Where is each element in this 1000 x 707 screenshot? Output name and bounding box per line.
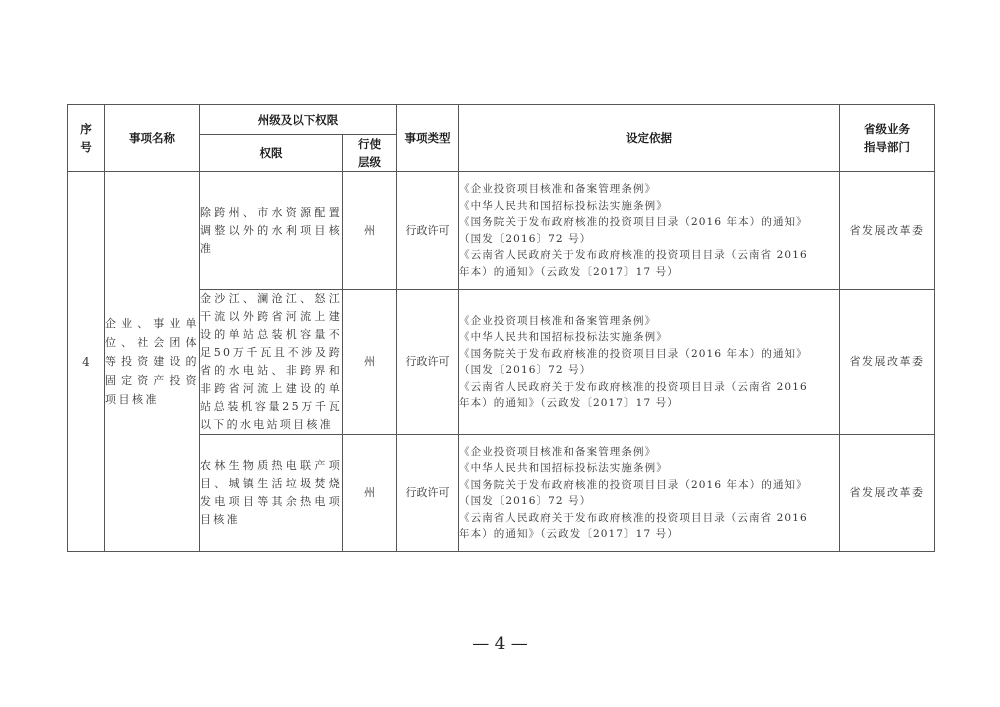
header-seq-line1: 序 xyxy=(68,120,104,138)
basis-line: （国发〔2016〕72 号） xyxy=(459,362,839,379)
basis-line: 《中华人民共和国招标投标法实施条例》 xyxy=(459,460,839,477)
header-basis: 设定依据 xyxy=(459,105,840,172)
basis-line: 《云南省人民政府关于发布政府核准的投资项目目录（云南省 2016 xyxy=(459,510,839,527)
authority-cell: 金沙江、澜沧江、怒江干流以外跨省河流上建设的单站总装机容量不足50万千瓦且不涉及… xyxy=(200,290,343,435)
header-item-type: 事项类型 xyxy=(397,105,459,172)
basis-line: （国发〔2016〕72 号） xyxy=(459,493,839,510)
document-page: 序 号 事项名称 州级及以下权限 事项类型 设定依据 省级业务 指导部门 权限 … xyxy=(0,0,1000,707)
authority-cell: 除跨州、市水资源配置调整以外的水利项目核准 xyxy=(200,172,343,290)
basis-line: 《国务院关于发布政府核准的投资项目目录（2016 年本）的通知》 xyxy=(459,346,839,363)
header-seq: 序 号 xyxy=(68,105,105,172)
basis-line: 《中华人民共和国招标投标法实施条例》 xyxy=(459,329,839,346)
item-name-cell: 企业、事业单位、社会团体等投资建设的固定资产投资项目核准 xyxy=(105,172,200,552)
dept-cell: 省发展改革委 xyxy=(840,435,935,552)
permissions-table: 序 号 事项名称 州级及以下权限 事项类型 设定依据 省级业务 指导部门 权限 … xyxy=(67,104,935,552)
level-cell: 州 xyxy=(343,290,397,435)
basis-line: 《企业投资项目核准和备案管理条例》 xyxy=(459,181,839,198)
basis-line: 《中华人民共和国招标投标法实施条例》 xyxy=(459,198,839,215)
header-group-title: 州级及以下权限 xyxy=(200,105,397,135)
basis-line: 《云南省人民政府关于发布政府核准的投资项目目录（云南省 2016 xyxy=(459,379,839,396)
header-dept-line2: 指导部门 xyxy=(840,138,934,156)
basis-cell: 《企业投资项目核准和备案管理条例》 《中华人民共和国招标投标法实施条例》 《国务… xyxy=(459,435,840,552)
seq-cell: 4 xyxy=(68,172,105,552)
header-level-line2: 层级 xyxy=(343,153,396,171)
basis-cell: 《企业投资项目核准和备案管理条例》 《中华人民共和国招标投标法实施条例》 《国务… xyxy=(459,290,840,435)
level-cell: 州 xyxy=(343,435,397,552)
dept-cell: 省发展改革委 xyxy=(840,172,935,290)
table-row: 4 企业、事业单位、社会团体等投资建设的固定资产投资项目核准 除跨州、市水资源配… xyxy=(68,172,935,290)
type-cell: 行政许可 xyxy=(397,435,459,552)
level-cell: 州 xyxy=(343,172,397,290)
basis-line: 《企业投资项目核准和备案管理条例》 xyxy=(459,444,839,461)
header-authority: 权限 xyxy=(200,135,343,172)
dept-cell: 省发展改革委 xyxy=(840,290,935,435)
basis-line: 《国务院关于发布政府核准的投资项目目录（2016 年本）的通知》 xyxy=(459,214,839,231)
basis-line: 年本）的通知》（云政发〔2017〕17 号） xyxy=(459,395,839,412)
header-dept: 省级业务 指导部门 xyxy=(840,105,935,172)
type-cell: 行政许可 xyxy=(397,290,459,435)
header-level-line1: 行使 xyxy=(343,135,396,153)
authority-cell: 农林生物质热电联产项目、城镇生活垃圾焚烧发电项目等其余热电项目核准 xyxy=(200,435,343,552)
header-exercise-level: 行使 层级 xyxy=(343,135,397,172)
basis-line: （国发〔2016〕72 号） xyxy=(459,231,839,248)
header-dept-line1: 省级业务 xyxy=(840,120,934,138)
basis-line: 《企业投资项目核准和备案管理条例》 xyxy=(459,313,839,330)
header-seq-line2: 号 xyxy=(68,138,104,156)
basis-cell: 《企业投资项目核准和备案管理条例》 《中华人民共和国招标投标法实施条例》 《国务… xyxy=(459,172,840,290)
basis-line: 《国务院关于发布政府核准的投资项目目录（2016 年本）的通知》 xyxy=(459,477,839,494)
basis-line: 年本）的通知》（云政发〔2017〕17 号） xyxy=(459,526,839,543)
basis-line: 年本）的通知》（云政发〔2017〕17 号） xyxy=(459,264,839,281)
page-number: — 4 — xyxy=(0,634,1000,654)
header-item-name: 事项名称 xyxy=(105,105,200,172)
basis-line: 《云南省人民政府关于发布政府核准的投资项目目录（云南省 2016 xyxy=(459,247,839,264)
type-cell: 行政许可 xyxy=(397,172,459,290)
